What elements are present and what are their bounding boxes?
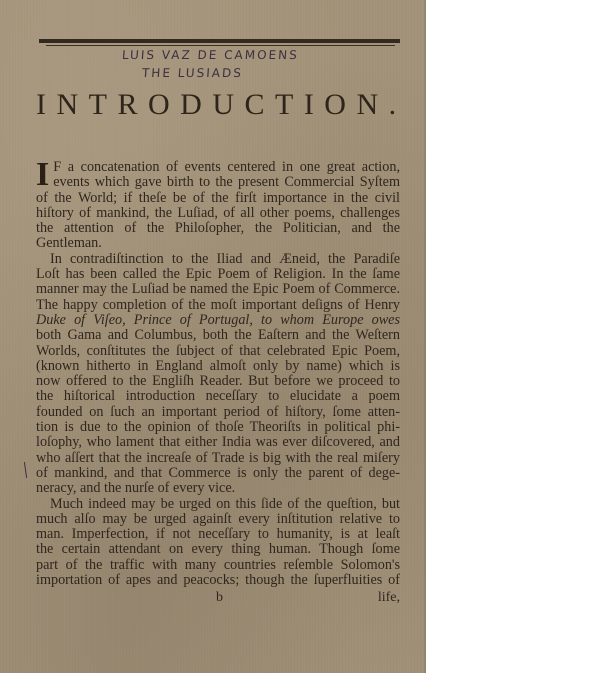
text-line: the certain attendant on every thing hum… xyxy=(36,542,400,557)
text-line: events which gave birth to the present C… xyxy=(36,175,400,190)
text-line: Gentleman. xyxy=(36,236,400,251)
text-line: now offered to the Engliſh Reader. But b… xyxy=(36,374,400,389)
text-line: part of the traffic with many countries … xyxy=(36,558,400,573)
document-page: LUIS VAZ DE CAMOENS THE LUSIADS INTRODUC… xyxy=(0,0,426,673)
handwritten-author: LUIS VAZ DE CAMOENS xyxy=(122,48,300,62)
text-line: manner may the Luſiad be named the Epic … xyxy=(36,282,400,297)
text-line: Worlds, conſtitutes the ſubject of that … xyxy=(36,344,400,359)
text-line: importation of apes and peacocks; though… xyxy=(36,573,400,588)
text-line: founded on ſuch an important period of h… xyxy=(36,405,400,420)
text-line: F a concatenation of events centered in … xyxy=(36,160,400,175)
text-line: tion is due to the opinion of thoſe Theo… xyxy=(36,420,400,435)
text-line-italic: Duke of Viſeo, Prince of Portugal, to wh… xyxy=(36,313,400,328)
catchword: life, xyxy=(378,590,400,606)
drop-cap: I xyxy=(36,161,49,189)
text-line: Much indeed may be urged on this ſide of… xyxy=(36,497,400,512)
text-line: of mankind, and that Commerce is only th… xyxy=(36,466,400,481)
text-line: man. Imperfection, if not neceſſary to h… xyxy=(36,527,400,542)
handwritten-work-title: THE LUSIADS xyxy=(142,66,244,80)
header-rule-thin xyxy=(46,45,395,46)
text-line: The happy completion of the moſt importa… xyxy=(36,298,400,313)
text-line: (known hitherto in England almoſt only b… xyxy=(36,359,400,374)
text-line: both Gama and Columbus, both the Eaſtern… xyxy=(36,328,400,343)
text-line: much alſo may be urged againſt every inſ… xyxy=(36,512,400,527)
text-line: loſophy, who lament that either India wa… xyxy=(36,435,400,450)
signature-mark: b xyxy=(216,590,223,606)
paragraph-3: Much indeed may be urged on this ſide of… xyxy=(36,497,400,589)
margin-pencil-mark xyxy=(24,462,27,478)
text-line: the hiſtorical introduction neceſſary to… xyxy=(36,389,400,404)
header-rule-thick xyxy=(39,39,400,43)
page-title: INTRODUCTION. xyxy=(36,88,406,122)
text-line: who aſſert that the increaſe of Trade is… xyxy=(36,451,400,466)
paragraph-1: I F a concatenation of events centered i… xyxy=(36,160,400,252)
paragraph-2: In contradiſtinction to the Iliad and Æn… xyxy=(36,252,400,497)
text-line: Loſt has been called the Epic Poem of Re… xyxy=(36,267,400,282)
text-line: of the World; if theſe be of the firſt i… xyxy=(36,191,400,206)
body-text: I F a concatenation of events centered i… xyxy=(36,160,400,588)
text-line: the attention of the Philoſopher, the Po… xyxy=(36,221,400,236)
text-line: neracy, and the nurſe of every vice. xyxy=(36,481,400,496)
text-line: hiſtory of mankind, the Luſiad, of all o… xyxy=(36,206,400,221)
text-line: In contradiſtinction to the Iliad and Æn… xyxy=(36,252,400,267)
